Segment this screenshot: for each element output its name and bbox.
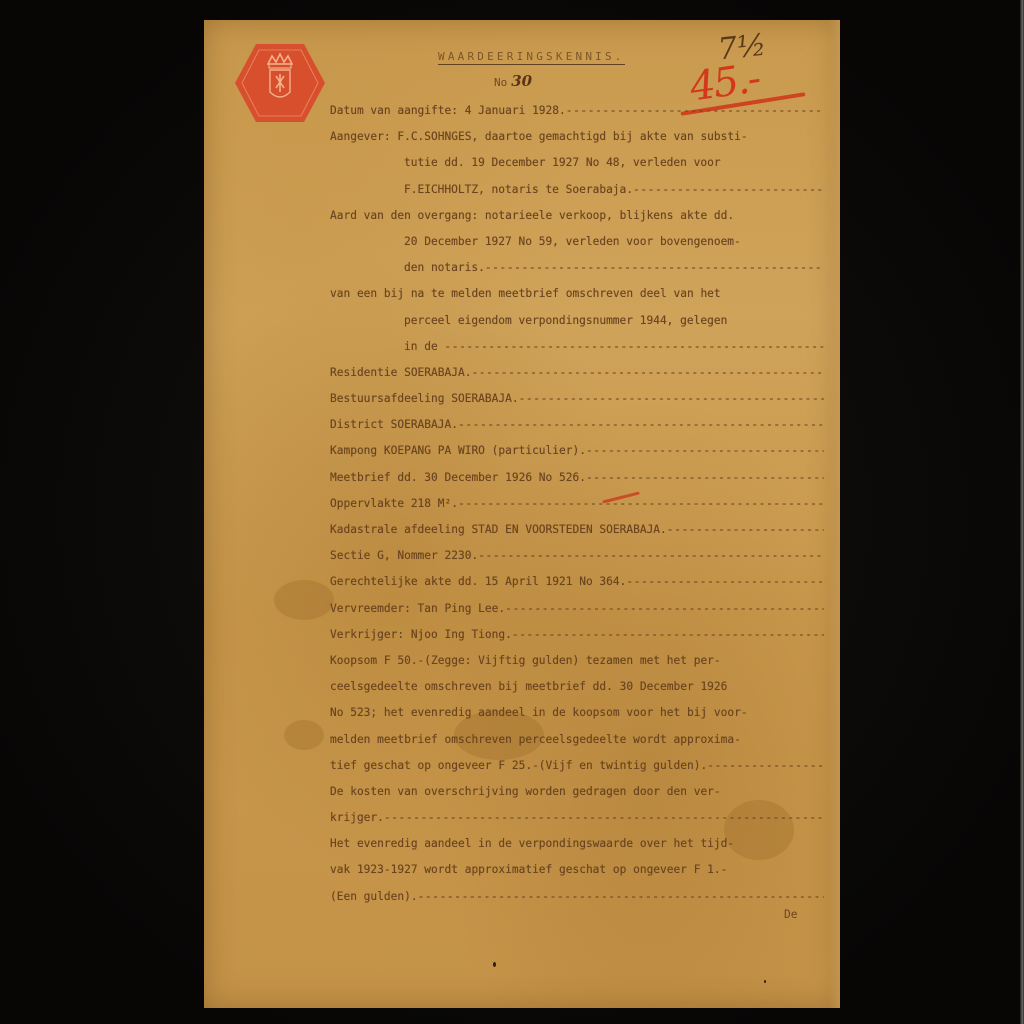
document-line-text: Koopsom F 50.-(Zegge: Vijftig gulden) te…	[330, 654, 721, 667]
stain	[274, 580, 334, 620]
document-line-text: ceelsgedeelte omschreven bij meetbrief d…	[330, 680, 727, 693]
document-line: Koopsom F 50.-(Zegge: Vijftig gulden) te…	[330, 648, 824, 674]
document-line-text: F.EICHHOLTZ, notaris te Soerabaja.	[404, 183, 633, 196]
document-line-text: van een bij na te melden meetbrief omsch…	[330, 287, 721, 300]
document-line-text: Aard van den overgang: notarieele verkoo…	[330, 209, 734, 222]
document-line-text: vak 1923-1927 wordt approximatief gescha…	[330, 863, 727, 876]
document-line-text: (Een gulden).	[330, 890, 418, 903]
document-line: vak 1923-1927 wordt approximatief gescha…	[330, 857, 824, 883]
document-line: Het evenredig aandeel in de verpondingsw…	[330, 831, 824, 857]
document-line: Sectie G, Nommer 2230.	[330, 543, 824, 569]
document-line-text: Residentie SOERABAJA.	[330, 366, 471, 379]
document-line-text: Sectie G, Nommer 2230.	[330, 549, 478, 562]
document-line-text: De kosten van overschrijving worden gedr…	[330, 785, 721, 798]
document-line: tief geschat op ongeveer F 25.-(Vijf en …	[330, 753, 824, 779]
document-line: Kadastrale afdeeling STAD EN VOORSTEDEN …	[330, 517, 824, 543]
document-line: van een bij na te melden meetbrief omsch…	[330, 281, 824, 307]
document-line: Bestuursafdeeling SOERABAJA.	[330, 386, 824, 412]
document-line-text: tief geschat op ongeveer F 25.-(Vijf en …	[330, 759, 707, 772]
document-page: WAARDEERINGSKENNIS. No30 7½ 45.- Datum v…	[204, 20, 840, 1008]
document-line: melden meetbrief omschreven perceelsgede…	[330, 727, 824, 753]
document-line-text: 20 December 1927 No 59, verleden voor bo…	[404, 235, 741, 248]
document-line-text: Gerechtelijke akte dd. 15 April 1921 No …	[330, 575, 626, 588]
document-line-text: Datum van aangifte: 4 Januari 1928.	[330, 104, 566, 117]
document-line-text: Kampong KOEPANG PA WIRO (particulier).	[330, 444, 586, 457]
document-line: ceelsgedeelte omschreven bij meetbrief d…	[330, 674, 824, 700]
document-line: No 523; het evenredig aandeel in de koop…	[330, 700, 824, 726]
document-line: Residentie SOERABAJA.	[330, 360, 824, 386]
document-line-text: Verkrijger: Njoo Ing Tiong.	[330, 628, 512, 641]
document-line: den notaris.	[330, 255, 824, 281]
document-line: Vervreemder: Tan Ping Lee.	[330, 596, 824, 622]
document-line: krijger.	[330, 805, 824, 831]
document-line-text: Aangever: F.C.SOHNGES, daartoe gemachtig…	[330, 130, 748, 143]
document-line-text: in de	[404, 340, 444, 353]
paper-speck	[764, 980, 766, 983]
number-prefix: No	[494, 76, 507, 89]
number-handwritten: 30	[511, 72, 532, 90]
document-line-text: Bestuursafdeeling SOERABAJA.	[330, 392, 519, 405]
document-heading: WAARDEERINGSKENNIS.	[438, 50, 625, 65]
revenue-stamp-seal-icon	[234, 42, 326, 124]
document-line: Kampong KOEPANG PA WIRO (particulier).	[330, 438, 824, 464]
document-line: tutie dd. 19 December 1927 No 48, verled…	[330, 150, 824, 176]
photo-background: WAARDEERINGSKENNIS. No30 7½ 45.- Datum v…	[0, 0, 1024, 1024]
document-line-text: krijger.	[330, 811, 384, 824]
document-line-text: Meetbrief dd. 30 December 1926 No 526.	[330, 471, 586, 484]
document-line-text: melden meetbrief omschreven perceelsgede…	[330, 733, 741, 746]
document-line-text: No 523; het evenredig aandeel in de koop…	[330, 706, 748, 719]
document-line: in de	[330, 334, 824, 360]
document-line: 20 December 1927 No 59, verleden voor bo…	[330, 229, 824, 255]
document-line: Aangever: F.C.SOHNGES, daartoe gemachtig…	[330, 124, 824, 150]
stain	[284, 720, 324, 750]
document-line: Datum van aangifte: 4 Januari 1928.	[330, 98, 824, 124]
document-line: Meetbrief dd. 30 December 1926 No 526.	[330, 465, 824, 491]
document-line-text: Kadastrale afdeeling STAD EN VOORSTEDEN …	[330, 523, 667, 536]
document-line: (Een gulden).	[330, 884, 824, 910]
document-line: Oppervlakte 218 M².	[330, 491, 824, 517]
document-line-text: tutie dd. 19 December 1927 No 48, verled…	[404, 156, 721, 169]
document-line: F.EICHHOLTZ, notaris te Soerabaja.	[330, 177, 824, 203]
document-line: Verkrijger: Njoo Ing Tiong.	[330, 622, 824, 648]
document-body: Datum van aangifte: 4 Januari 1928.Aange…	[330, 98, 824, 910]
document-line: Aard van den overgang: notarieele verkoo…	[330, 203, 824, 229]
document-line-text: Vervreemder: Tan Ping Lee.	[330, 602, 505, 615]
document-line-text: den notaris.	[404, 261, 485, 274]
page-edge	[828, 20, 840, 1008]
document-number: No30	[494, 72, 532, 90]
background-edge	[1020, 0, 1024, 1024]
document-line: District SOERABAJA.	[330, 412, 824, 438]
document-line-text: District SOERABAJA.	[330, 418, 458, 431]
continuation-word: De	[784, 908, 797, 921]
document-line-text: perceel eigendom verpondingsnummer 1944,…	[404, 314, 727, 327]
document-line: Gerechtelijke akte dd. 15 April 1921 No …	[330, 569, 824, 595]
document-line: De kosten van overschrijving worden gedr…	[330, 779, 824, 805]
document-line: perceel eigendom verpondingsnummer 1944,…	[330, 308, 824, 334]
paper-speck	[493, 962, 496, 967]
document-line-text: Oppervlakte 218 M².	[330, 497, 458, 510]
document-line-text: Het evenredig aandeel in de verpondingsw…	[330, 837, 734, 850]
